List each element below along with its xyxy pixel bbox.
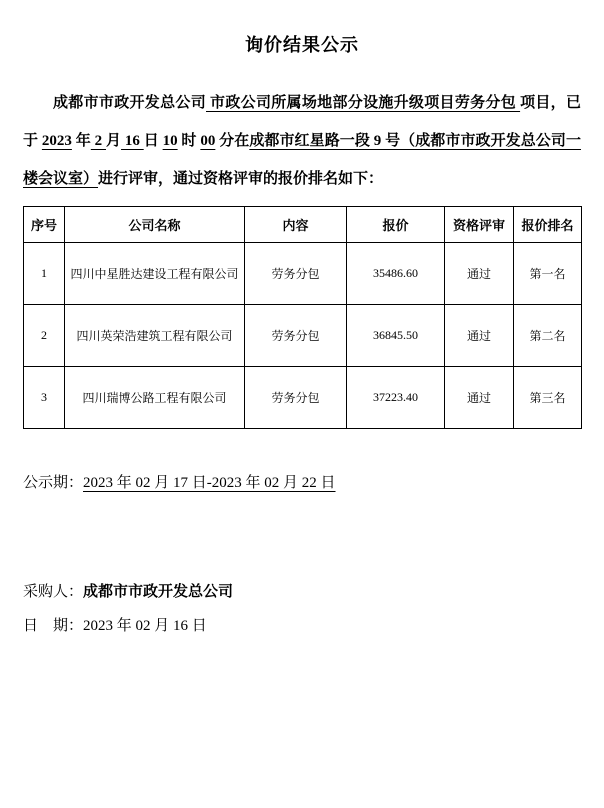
intro-text: 年	[72, 133, 91, 149]
qualification-header: 资格评审	[445, 207, 514, 243]
results-table: 序号公司名称内容报价资格评审报价排名 1四川中星胜达建设工程有限公司劳务分包35…	[23, 206, 582, 429]
intro-underlined-text: 2	[91, 133, 106, 149]
qualification-cell: 通过	[445, 243, 514, 305]
price-cell: 37223.40	[347, 367, 445, 429]
price-cell: 35486.60	[347, 243, 445, 305]
intro-text: 时	[178, 133, 201, 149]
qualification-cell: 通过	[445, 305, 514, 367]
intro-text: 成都市市政开发总公司	[53, 95, 206, 111]
table-header-row: 序号公司名称内容报价资格评审报价排名	[24, 207, 582, 243]
intro-paragraph: 成都市市政开发总公司 市政公司所属场地部分设施升级项目劳务分包 项目，已于 20…	[23, 84, 581, 198]
content-cell: 劳务分包	[245, 367, 347, 429]
ranking-header: 报价排名	[514, 207, 582, 243]
company-name-cell: 四川中星胜达建设工程有限公司	[65, 243, 245, 305]
table-row: 1四川中星胜达建设工程有限公司劳务分包35486.60通过第一名	[24, 243, 582, 305]
table-row: 3四川瑞博公路工程有限公司劳务分包37223.40通过第三名	[24, 367, 582, 429]
purchaser-line: 采购人：成都市市政开发总公司	[23, 580, 581, 601]
intro-underlined-text: 00	[200, 133, 215, 149]
seq-header: 序号	[24, 207, 65, 243]
date-line: 日 期：2023 年 02 月 16 日	[23, 614, 581, 635]
price-header: 报价	[347, 207, 445, 243]
seq-cell: 3	[24, 367, 65, 429]
purchaser-label: 采购人：	[23, 584, 83, 600]
intro-text: 分在	[215, 133, 249, 149]
company-name-cell: 四川英荣浩建筑工程有限公司	[65, 305, 245, 367]
purchaser-name: 成都市市政开发总公司	[83, 584, 233, 600]
seq-cell: 2	[24, 305, 65, 367]
table-row: 2四川英荣浩建筑工程有限公司劳务分包36845.50通过第二名	[24, 305, 582, 367]
document-page: 询价结果公示 成都市市政开发总公司 市政公司所属场地部分设施升级项目劳务分包 项…	[0, 0, 604, 808]
date-value: 2023 年 02 月 16 日	[83, 618, 207, 634]
seq-cell: 1	[24, 243, 65, 305]
content-cell: 劳务分包	[245, 305, 347, 367]
ranking-cell: 第三名	[514, 367, 582, 429]
intro-underlined-text: 市政公司所属场地部分设施升级项目劳务分包	[206, 95, 520, 111]
qualification-cell: 通过	[445, 367, 514, 429]
ranking-cell: 第二名	[514, 305, 582, 367]
intro-text: 日	[144, 133, 163, 149]
price-cell: 36845.50	[347, 305, 445, 367]
date-label: 日 期：	[23, 618, 83, 634]
intro-text: 进行评审，通过资格评审的报价排名如下：	[98, 171, 383, 187]
page-title: 询价结果公示	[0, 31, 604, 57]
publicity-period-line: 公示期：2023 年 02 月 17 日-2023 年 02 月 22 日	[23, 471, 581, 492]
table-body: 1四川中星胜达建设工程有限公司劳务分包35486.60通过第一名2四川英荣浩建筑…	[24, 243, 582, 429]
company-name-header: 公司名称	[65, 207, 245, 243]
ranking-cell: 第一名	[514, 243, 582, 305]
intro-underlined-text: 10	[163, 133, 178, 149]
publicity-period-label: 公示期：	[23, 475, 83, 491]
intro-text: 月	[106, 133, 121, 149]
intro-underlined-text: 2023	[42, 133, 72, 149]
content-cell: 劳务分包	[245, 243, 347, 305]
company-name-cell: 四川瑞博公路工程有限公司	[65, 367, 245, 429]
intro-underlined-text: 16	[121, 133, 144, 149]
content-header: 内容	[245, 207, 347, 243]
publicity-period-value: 2023 年 02 月 17 日-2023 年 02 月 22 日	[83, 475, 336, 491]
